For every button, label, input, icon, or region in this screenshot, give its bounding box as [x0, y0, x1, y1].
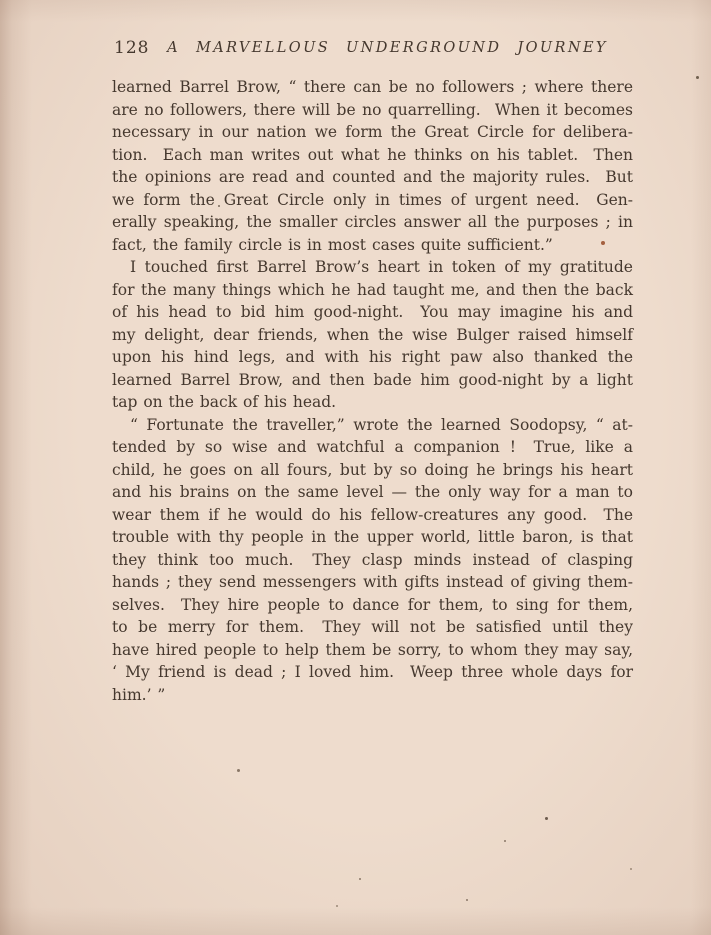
text-line: hands ; they send messengers with gifts … [112, 571, 633, 594]
text-line: for the many things which he had taught … [112, 279, 633, 302]
text-line: I touched first Barrel Brow’s heart in t… [112, 256, 633, 279]
page-text: learned Barrel Brow, “ there can be no f… [112, 76, 633, 706]
text-line: my delight, dear friends, when the wise … [112, 324, 633, 347]
text-line: learned Barrel Brow, “ there can be no f… [112, 76, 633, 99]
text-line: child, he goes on all fours, but by so d… [112, 459, 633, 482]
text-line: we form the Great Circle only in times o… [112, 189, 633, 212]
paper-speck [237, 769, 240, 772]
book-page: 128 A MARVELLOUS UNDERGROUND JOURNEY lea… [0, 0, 711, 935]
text-line: of his head to bid him good-night. You m… [112, 301, 633, 324]
text-line: erally speaking, the smaller circles ans… [112, 211, 633, 234]
text-line: tap on the back of his head. [112, 391, 633, 414]
text-line: tion. Each man writes out what he thinks… [112, 144, 633, 167]
text-line: selves. They hire people to dance for th… [112, 594, 633, 617]
text-line: ‘ My friend is dead ; I loved him. Weep … [112, 661, 633, 684]
text-line: tended by so wise and watchful a compani… [112, 436, 633, 459]
text-line: have hired people to help them be sorry,… [112, 639, 633, 662]
text-line: necessary in our nation we form the Grea… [112, 121, 633, 144]
page-header: 128 A MARVELLOUS UNDERGROUND JOURNEY [112, 38, 633, 60]
paper-speck [336, 905, 338, 907]
text-line: the opinions are read and counted and th… [112, 166, 633, 189]
paper-speck [504, 840, 506, 842]
running-title: A MARVELLOUS UNDERGROUND JOURNEY [142, 40, 633, 56]
text-line: to be merry for them. They will not be s… [112, 616, 633, 639]
text-line: upon his hind legs, and with his right p… [112, 346, 633, 369]
paper-speck [218, 205, 220, 207]
text-line: “ Fortunate the traveller,” wrote the le… [112, 414, 633, 437]
text-line: wear them if he would do his fellow-crea… [112, 504, 633, 527]
text-line: learned Barrel Brow, and then bade him g… [112, 369, 633, 392]
paper-speck [696, 76, 699, 79]
paper-speck [601, 241, 605, 245]
text-line: fact, the family circle is in most cases… [112, 234, 633, 257]
text-line: are no followers, there will be no quarr… [112, 99, 633, 122]
text-line: they think too much. They clasp minds in… [112, 549, 633, 572]
text-line: trouble with thy people in the upper wor… [112, 526, 633, 549]
text-line: him.’ ” [112, 684, 633, 707]
text-line: and his brains on the same level — the o… [112, 481, 633, 504]
paper-speck [466, 899, 468, 901]
paper-speck [359, 878, 361, 880]
paper-speck [630, 868, 632, 870]
paper-speck [545, 817, 548, 820]
